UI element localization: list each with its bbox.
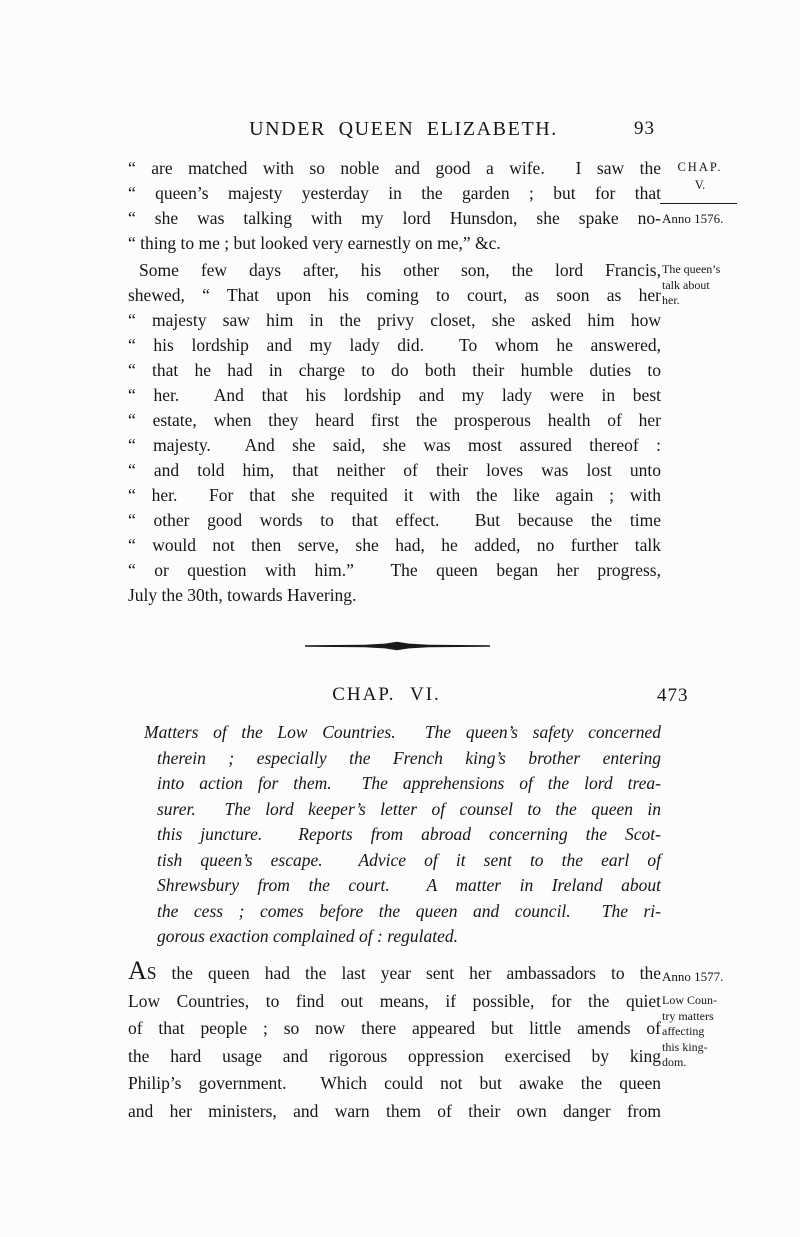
text-line: “ or question with him.” The queen began…: [128, 558, 661, 583]
chapter-heading: CHAP. VI. 473: [128, 684, 661, 708]
text-line: the hard usage and rigorous oppression e…: [128, 1043, 661, 1071]
sidenote-anno-1577: Anno 1577.: [662, 969, 741, 985]
section-divider-ornament: [305, 640, 490, 652]
text-line: “ would not then serve, she had, he adde…: [128, 533, 661, 558]
sidenote-line: The queen’s: [662, 262, 741, 278]
text-line: Some few days after, his other son, the …: [128, 258, 661, 283]
book-page: UNDER QUEEN ELIZABETH. 93 “ are matched …: [0, 0, 800, 1237]
sidenote-line: dom.: [662, 1055, 741, 1071]
text-line: “ that he had in charge to do both their…: [128, 358, 661, 383]
sidenote-anno-1576: Anno 1576.: [662, 211, 741, 227]
text-line: “ queen’s majesty yesterday in the garde…: [128, 181, 661, 206]
text-line: “ estate, when they heard first the pros…: [128, 408, 661, 433]
sidenote-line: try matters: [662, 1009, 741, 1025]
text-line: surer. The lord keeper’s letter of couns…: [157, 797, 661, 823]
sidenote-rule: [660, 203, 737, 204]
running-header-title: UNDER QUEEN ELIZABETH.: [128, 118, 661, 141]
sidenote-line: talk about: [662, 278, 741, 294]
text-line: and her ministers, and warn them of thei…: [128, 1098, 661, 1126]
sidenote-line: her.: [662, 293, 741, 309]
sidenote-chapter-number: V.: [662, 178, 738, 194]
text-line: shewed, “ That upon his coming to court,…: [128, 283, 661, 308]
sidenote-line: Low Coun-: [662, 993, 741, 1009]
lord-francis-paragraph: Some few days after, his other son, the …: [128, 258, 661, 608]
text-line: “ her. For that she requited it with the…: [128, 483, 661, 508]
text-line: July the 30th, towards Havering.: [128, 583, 661, 608]
text-line: Philip’s government. Which could not but…: [128, 1070, 661, 1098]
low-countries-paragraph: AS the queen had the last year sent her …: [128, 957, 661, 1125]
text-line: “ thing to me ; but looked very earnestl…: [128, 231, 661, 256]
text-line: this juncture. Reports from abroad conce…: [157, 822, 661, 848]
sidenote-queens-talk: The queen’stalk abouther.: [662, 262, 741, 309]
sidenote-chapter: CHAP. V.: [662, 160, 738, 193]
sidenote-line: this king-: [662, 1040, 741, 1056]
chapter-title: CHAP. VI.: [128, 684, 661, 706]
text-line: therein ; especially the French king’s b…: [157, 746, 661, 772]
text-line: of that people ; so now there appeared b…: [128, 1015, 661, 1043]
text-line: Shrewsbury from the court. A matter in I…: [157, 873, 661, 899]
quoted-letter-paragraph: “ are matched with so noble and good a w…: [128, 156, 661, 256]
text-line: AS the queen had the last year sent her …: [128, 957, 661, 988]
text-line: “ are matched with so noble and good a w…: [128, 156, 661, 181]
text-line: tish queen’s escape. Advice of it sent t…: [157, 848, 661, 874]
text-line: “ his lordship and my lady did. To whom …: [128, 333, 661, 358]
text-line: Low Countries, to find out means, if pos…: [128, 988, 661, 1016]
running-header: UNDER QUEEN ELIZABETH. 93: [128, 118, 661, 142]
text-line: gorous exaction complained of : regulate…: [157, 924, 661, 950]
text-line: “ and told him, that neither of their lo…: [128, 458, 661, 483]
text-line: Matters of the Low Countries. The queen’…: [144, 720, 661, 746]
sidenote-line: affecting: [662, 1024, 741, 1040]
page-number: 93: [634, 118, 655, 140]
text-line: “ her. And that his lordship and my lady…: [128, 383, 661, 408]
chapter-page-ref: 473: [657, 685, 689, 707]
sidenote-chapter-label: CHAP.: [662, 160, 738, 176]
text-line: “ she was talking with my lord Hunsdon, …: [128, 206, 661, 231]
text-line: into action for them. The apprehensions …: [157, 771, 661, 797]
text-line: “ other good words to that effect. But b…: [128, 508, 661, 533]
sidenote-low-countries: Low Coun-try mattersaffectingthis king-d…: [662, 993, 741, 1071]
chapter-summary-paragraph: Matters of the Low Countries. The queen’…: [128, 720, 661, 950]
text-line: the cess ; comes before the queen and co…: [157, 899, 661, 925]
text-line: “ majesty saw him in the privy closet, s…: [128, 308, 661, 333]
text-line: “ majesty. And she said, she was most as…: [128, 433, 661, 458]
